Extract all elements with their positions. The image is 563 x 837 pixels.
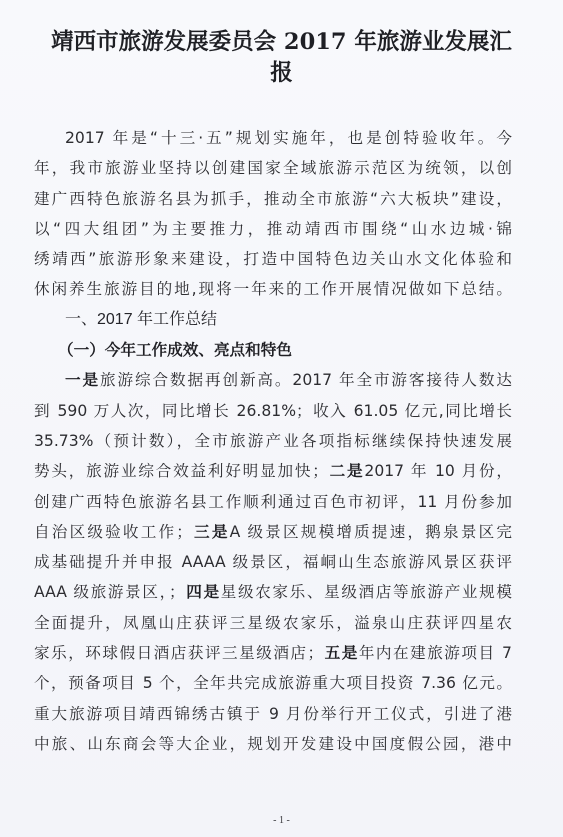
title-line-2: 报 — [20, 58, 543, 89]
body-line-text: 势头，旅游业综合效益利好明显加快； — [34, 462, 328, 480]
section-heading: 一、2017 年工作总结 — [34, 305, 512, 335]
body-line-text: 重大旅游项目靖西锦绣古镇于 9 月份举行开工仪式，引进了港 — [34, 705, 512, 723]
keyword-fifth: 五是 — [323, 643, 359, 662]
intro-line: 建广西特色旅游名县为抓手，推动全市旅游“六大板块”建设， — [34, 184, 512, 214]
body-line: 一是旅游综合数据再创新高。2017 年全市游客接待人数达 — [34, 365, 512, 395]
keyword-fourth: 四是 — [185, 582, 221, 601]
intro-line: 2017 年是“十三·五”规划实施年，也是创特验收年。今 — [34, 123, 512, 153]
body-line-text: 年内在建旅游项目 7 — [359, 644, 512, 662]
body-line-text: 创建广西特色旅游名县工作顺利通过百色市初评，11 月份参加 — [34, 493, 512, 511]
body-line: 势头，旅游业综合效益利好明显加快；二是2017 年 10 月份， — [34, 456, 512, 486]
body-line-text: 2017 年 10 月份， — [364, 462, 512, 480]
body-line: AAA 级旅游景区，；四是星级农家乐、星级酒店等旅游产业规模 — [34, 577, 512, 607]
body-line: 全面提升，凤凰山庄获评三星级农家乐，溢泉山庄获评四星农 — [34, 608, 512, 638]
body-line-text: 成基础提升并申报 AAAA 级景区，福峒山生态旅游风景区获评 — [34, 553, 512, 571]
subsection-heading: （一）今年工作成效、亮点和特色 — [34, 335, 512, 365]
intro-line: 年，我市旅游业坚持以创建国家全域旅游示范区为统领，以创 — [34, 153, 512, 183]
body-line-text: 家乐，环球假日酒店获评三星级酒店； — [34, 644, 323, 662]
page-number: - 1 - — [0, 815, 563, 826]
body-line-text: 到 590 万人次，同比增长 26.81%；收入 61.05 亿元,同比增长 — [34, 402, 512, 420]
body-line-text: AAA 级旅游景区，； — [34, 583, 185, 601]
keyword-first: 一是 — [65, 370, 100, 389]
body-line-text: 自治区级验收工作； — [34, 523, 192, 541]
body-line: 自治区级验收工作；三是A 级景区规模增质提速，鹅泉景区完 — [34, 517, 512, 547]
body-line-text: 中旅、山东商会等大企业，规划开发建设中国度假公园，港中 — [34, 735, 512, 753]
body-line: 35.73%（预计数），全市旅游产业各项指标继续保持快速发展 — [34, 426, 512, 456]
intro-line: 绣靖西”旅游形象来建设，打造中国特色边关山水文化体验和 — [34, 244, 512, 274]
body-line-text: 星级农家乐、星级酒店等旅游产业规模 — [221, 583, 512, 601]
body-line-text: A 级景区规模增质提速，鹅泉景区完 — [230, 523, 512, 541]
document-title: 靖西市旅游发展委员会 2017 年旅游业发展汇 报 — [20, 27, 543, 89]
intro-line: 以“四大组团”为主要推力，推动靖西市围绕“山水边城·锦 — [34, 214, 512, 244]
document-page: 靖西市旅游发展委员会 2017 年旅游业发展汇 报 2017 年是“十三·五”规… — [0, 0, 563, 837]
body-line-text: 个，预备项目 5 个，全年共完成旅游重大项目投资 7.36 亿元。 — [34, 674, 512, 692]
body-line: 到 590 万人次，同比增长 26.81%；收入 61.05 亿元,同比增长 — [34, 396, 512, 426]
body-line-text: 35.73%（预计数），全市旅游产业各项指标继续保持快速发展 — [34, 432, 512, 450]
body-line: 成基础提升并申报 AAAA 级景区，福峒山生态旅游风景区获评 — [34, 547, 512, 577]
body-line: 家乐，环球假日酒店获评三星级酒店；五是年内在建旅游项目 7 — [34, 638, 512, 668]
keyword-second: 二是 — [328, 461, 365, 480]
body-line: 中旅、山东商会等大企业，规划开发建设中国度假公园，港中 — [34, 729, 512, 759]
intro-line: 休闲养生旅游目的地,现将一年来的工作开展情况做如下总结。 — [34, 274, 512, 304]
keyword-third: 三是 — [192, 522, 230, 541]
body-line-text: 全面提升，凤凰山庄获评三星级农家乐，溢泉山庄获评四星农 — [34, 614, 512, 632]
document-body: 2017 年是“十三·五”规划实施年，也是创特验收年。今 年，我市旅游业坚持以创… — [34, 123, 512, 759]
body-line-text: 旅游综合数据再创新高。2017 年全市游客接待人数达 — [100, 371, 512, 389]
body-line: 个，预备项目 5 个，全年共完成旅游重大项目投资 7.36 亿元。 — [34, 668, 512, 698]
body-line: 重大旅游项目靖西锦绣古镇于 9 月份举行开工仪式，引进了港 — [34, 699, 512, 729]
title-line-1: 靖西市旅游发展委员会 2017 年旅游业发展汇 — [20, 27, 543, 58]
body-line: 创建广西特色旅游名县工作顺利通过百色市初评，11 月份参加 — [34, 487, 512, 517]
